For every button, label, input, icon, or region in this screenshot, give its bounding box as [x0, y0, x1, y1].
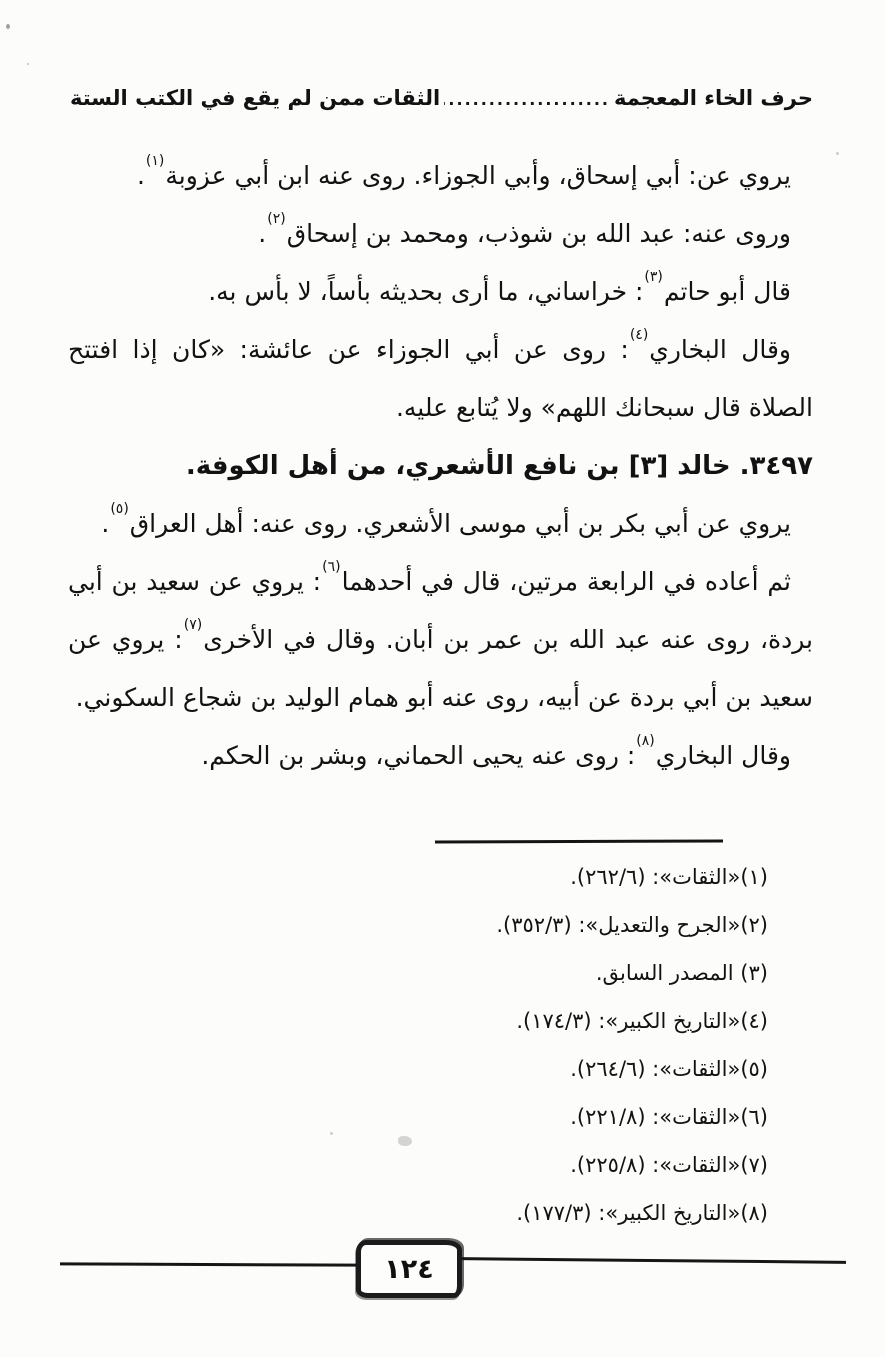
book-title: الثقات ممن لم يقع في الكتب الستة: [70, 86, 440, 110]
footnote-item: (٦)«الثقات»: (٢٢١/٨).: [80, 1093, 768, 1141]
body-text: يروي عن: أبي إسحاق، وأبي الجوزاء. روى عن…: [68, 147, 813, 785]
footnote-reference: (٦): [322, 559, 340, 575]
footnote-item: (٣) المصدر السابق.: [80, 949, 768, 997]
footnote-item: (٨)«التاريخ الكبير»: (١٧٧/٣).: [80, 1189, 768, 1237]
footnote-reference: (٨): [636, 733, 654, 749]
scan-artifact: [398, 1136, 412, 1146]
footnote-item: (٧)«الثقات»: (٢٢٥/٨).: [80, 1141, 768, 1189]
scanned-book-page: حرف الخاء المعجمة ......................…: [0, 0, 885, 1357]
footnote-item: (٥)«الثقات»: (٢٦٤/٦).: [80, 1045, 768, 1093]
footnote-reference: (٧): [184, 617, 202, 633]
footnote-reference: (٣): [644, 269, 662, 285]
scan-artifact: [27, 63, 29, 65]
entry-heading: ٣٤٩٧. خالد [٣] بن نافع الأشعري، من أهل ا…: [68, 437, 813, 495]
footnote-reference: (٤): [630, 327, 648, 343]
body-paragraph: وقال البخاري(٨): روى عنه يحيى الحماني، و…: [68, 727, 813, 785]
footnote-item: (٤)«التاريخ الكبير»: (١٧٤/٣).: [80, 997, 768, 1045]
footnote-separator: [435, 839, 723, 843]
body-paragraph: ثم أعاده في الرابعة مرتين، قال في أحدهما…: [68, 553, 813, 727]
chapter-title: حرف الخاء المعجمة: [614, 86, 813, 110]
scan-artifact: [330, 1132, 333, 1135]
footnote-item: (١)«الثقات»: (٢٦٢/٦).: [80, 853, 768, 901]
scan-artifact: [6, 24, 10, 29]
body-paragraph: يروي عن: أبي إسحاق، وأبي الجوزاء. روى عن…: [68, 147, 813, 205]
body-paragraph: وروى عنه: عبد الله بن شوذب، ومحمد بن إسح…: [68, 205, 813, 263]
footer-rule-left: [60, 1262, 358, 1266]
footnote-reference: (٢): [267, 211, 285, 227]
body-paragraph: وقال البخاري(٤): روى عن أبي الجوزاء عن ع…: [68, 321, 813, 437]
body-paragraph: يروي عن أبي بكر بن أبي موسى الأشعري. روى…: [68, 495, 813, 553]
footnote-reference: (١): [146, 153, 164, 169]
running-header: حرف الخاء المعجمة ......................…: [70, 86, 813, 110]
page-number: ١٢٤: [384, 1254, 433, 1285]
footnotes: (١)«الثقات»: (٢٦٢/٦).(٢)«الجرح والتعديل»…: [80, 853, 768, 1237]
footer-rule-right: [460, 1257, 846, 1264]
footnote-reference: (٥): [110, 501, 128, 517]
dots-leader: ........................................…: [444, 90, 610, 109]
footnote-item: (٢)«الجرح والتعديل»: (٣٥٢/٣).: [80, 901, 768, 949]
scan-artifact: [836, 152, 839, 155]
body-paragraph: قال أبو حاتم(٣): خراساني، ما أرى بحديثه …: [68, 263, 813, 321]
page-number-box: ١٢٤: [356, 1240, 462, 1298]
